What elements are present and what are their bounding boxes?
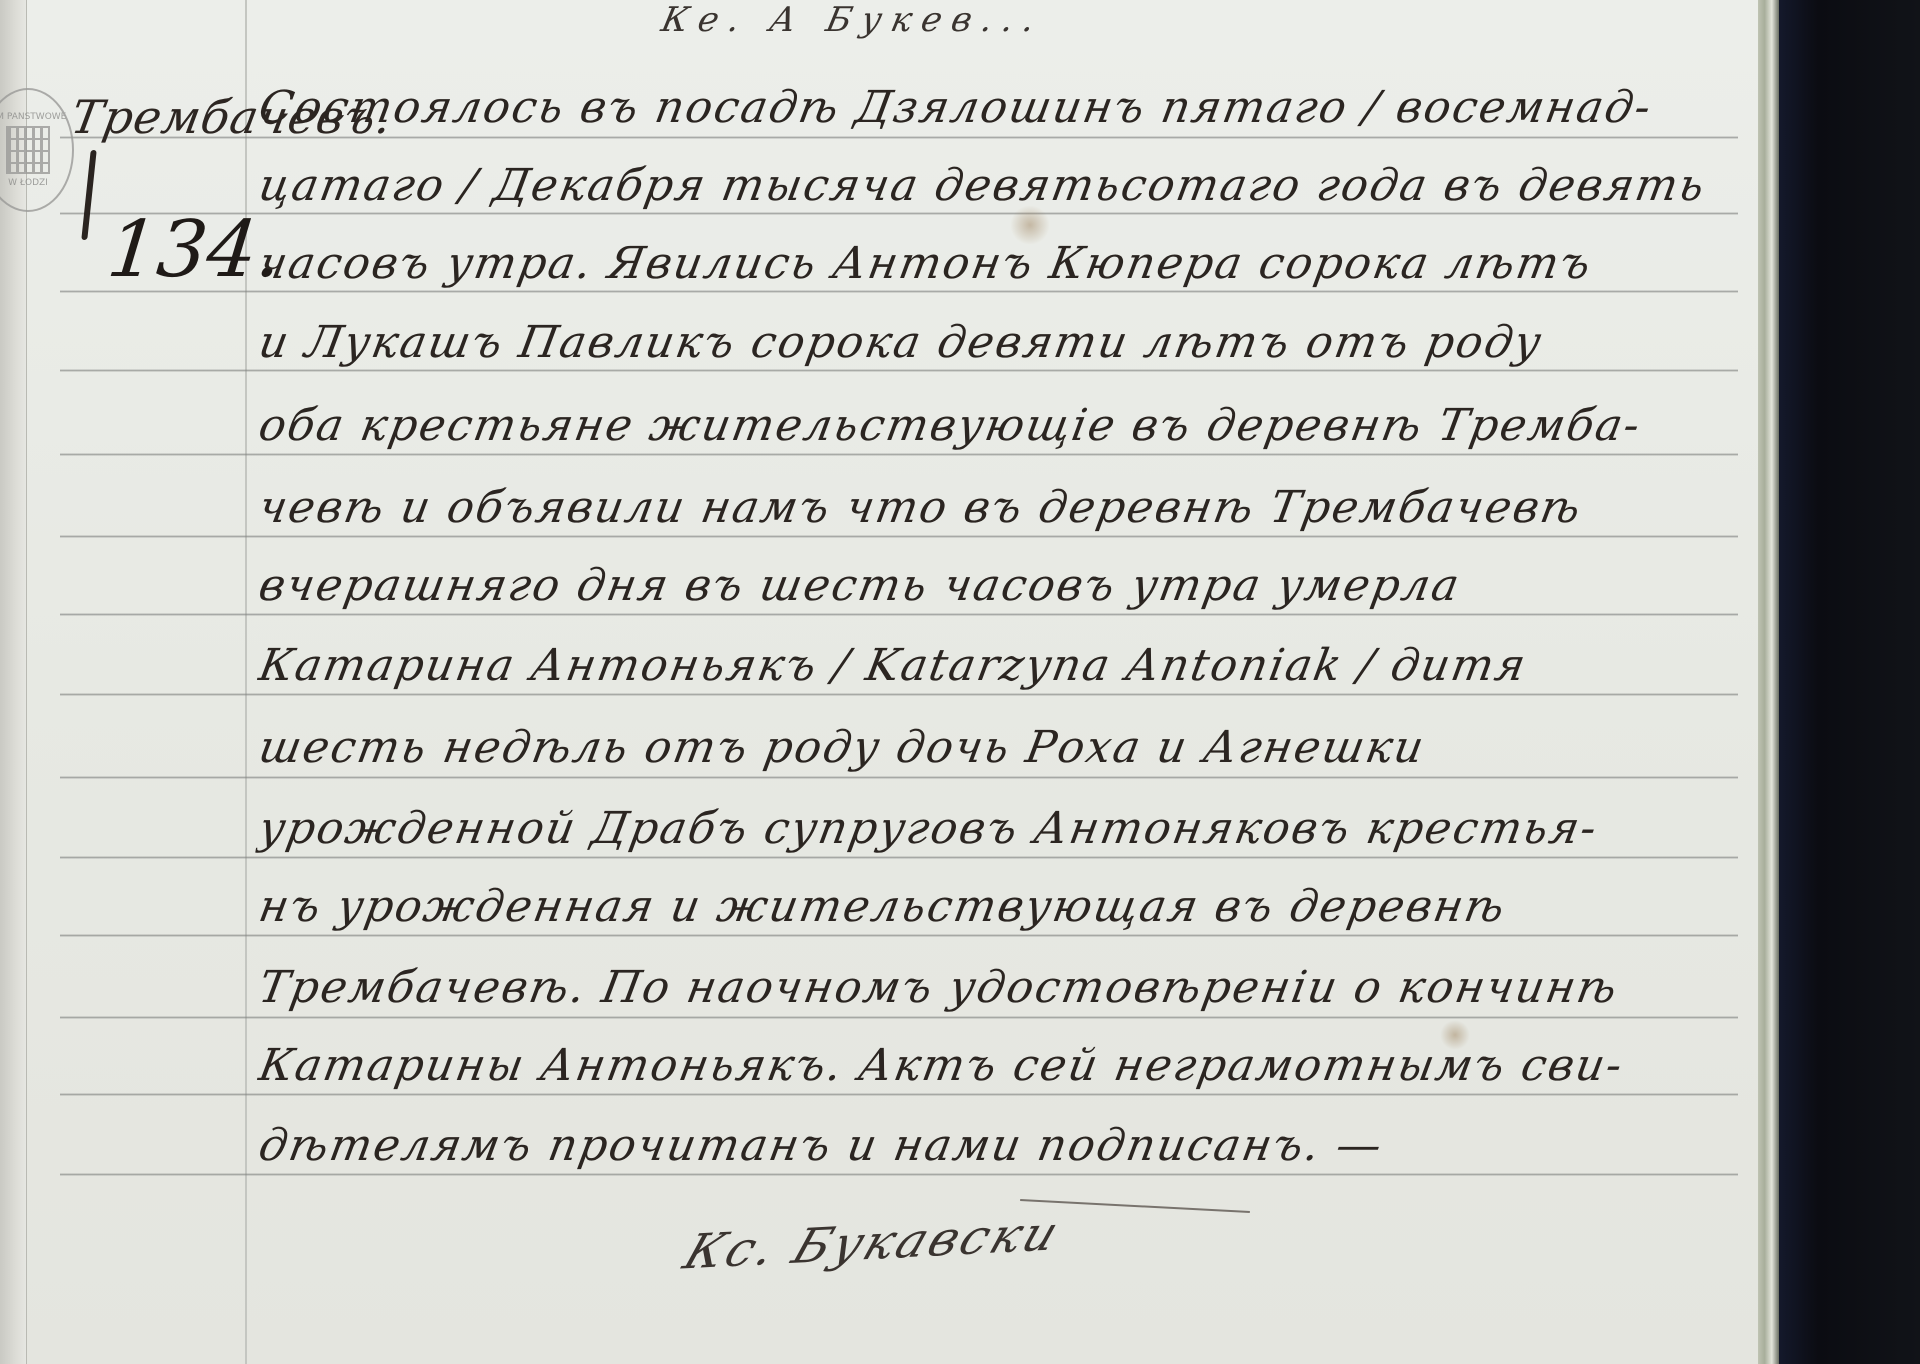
ruled-line — [60, 1173, 1738, 1176]
ruled-line — [60, 693, 1738, 696]
record-line: Трембачевѣ. По наочномъ удостовѣреніи о … — [255, 962, 1754, 1013]
previous-entry-fragment: Ке. А Букев... — [654, 0, 1487, 60]
record-line: цатаго / Декабря тысяча девятьсотаго год… — [255, 160, 1754, 211]
register-page: Ке. А Букев... UM PANSTWOWE W ŁODZI Трем… — [0, 0, 1758, 1364]
record-line: шесть недѣль отъ роду дочь Роха и Агнешк… — [255, 722, 1754, 773]
record-line: вчерашняго дня въ шесть часовъ утра умер… — [255, 560, 1754, 611]
ruled-line — [60, 535, 1738, 538]
ruled-line — [60, 1093, 1738, 1096]
record-line: чевѣ и объявили намъ что въ деревнѣ Трем… — [255, 482, 1754, 533]
official-signature: Кс. Букавски — [677, 1205, 1069, 1280]
page-edge — [1755, 0, 1779, 1364]
record-line: нъ урожденная и жительствующая въ деревн… — [255, 881, 1754, 932]
archive-stamp: UM PANSTWOWE W ŁODZI — [0, 88, 74, 212]
building-icon — [6, 126, 50, 174]
ruled-line — [60, 369, 1738, 372]
stamp-text-top: UM PANSTWOWE — [0, 112, 66, 122]
ruled-line — [60, 212, 1738, 215]
record-line: оба крестьяне жительствующіе въ деревнѣ … — [255, 400, 1754, 451]
record-line: часовъ утра. Явились Антонъ Кюпера сорок… — [255, 238, 1754, 289]
scanner-background — [1775, 0, 1920, 1364]
margin-flourish — [81, 150, 96, 240]
record-line: Катарины Антоньякъ. Актъ сей неграмотным… — [255, 1040, 1754, 1091]
ruled-line — [60, 290, 1738, 293]
record-line: урожденной Драбъ супруговъ Антоняковъ кр… — [255, 803, 1754, 854]
record-line: и Лукашъ Павликъ сорока девяти лѣтъ отъ … — [255, 317, 1754, 368]
ruled-line — [60, 613, 1738, 616]
ruled-line — [60, 776, 1738, 779]
record-line: Катарина Антоньякъ / Katarzyna Antoniak … — [255, 640, 1754, 691]
ruled-line — [60, 1016, 1738, 1019]
record-line: дѣтелямъ прочитанъ и нами подписанъ. — — [255, 1120, 1754, 1171]
ruled-line — [60, 453, 1738, 456]
stamp-text-bottom: W ŁODZI — [8, 178, 48, 188]
record-line: Состоялось въ посадѣ Дзялошинъ пятаго / … — [255, 82, 1754, 133]
ruled-line — [60, 934, 1738, 937]
document-scan: Ке. А Букев... UM PANSTWOWE W ŁODZI Трем… — [0, 0, 1920, 1364]
ruled-line — [60, 856, 1738, 859]
